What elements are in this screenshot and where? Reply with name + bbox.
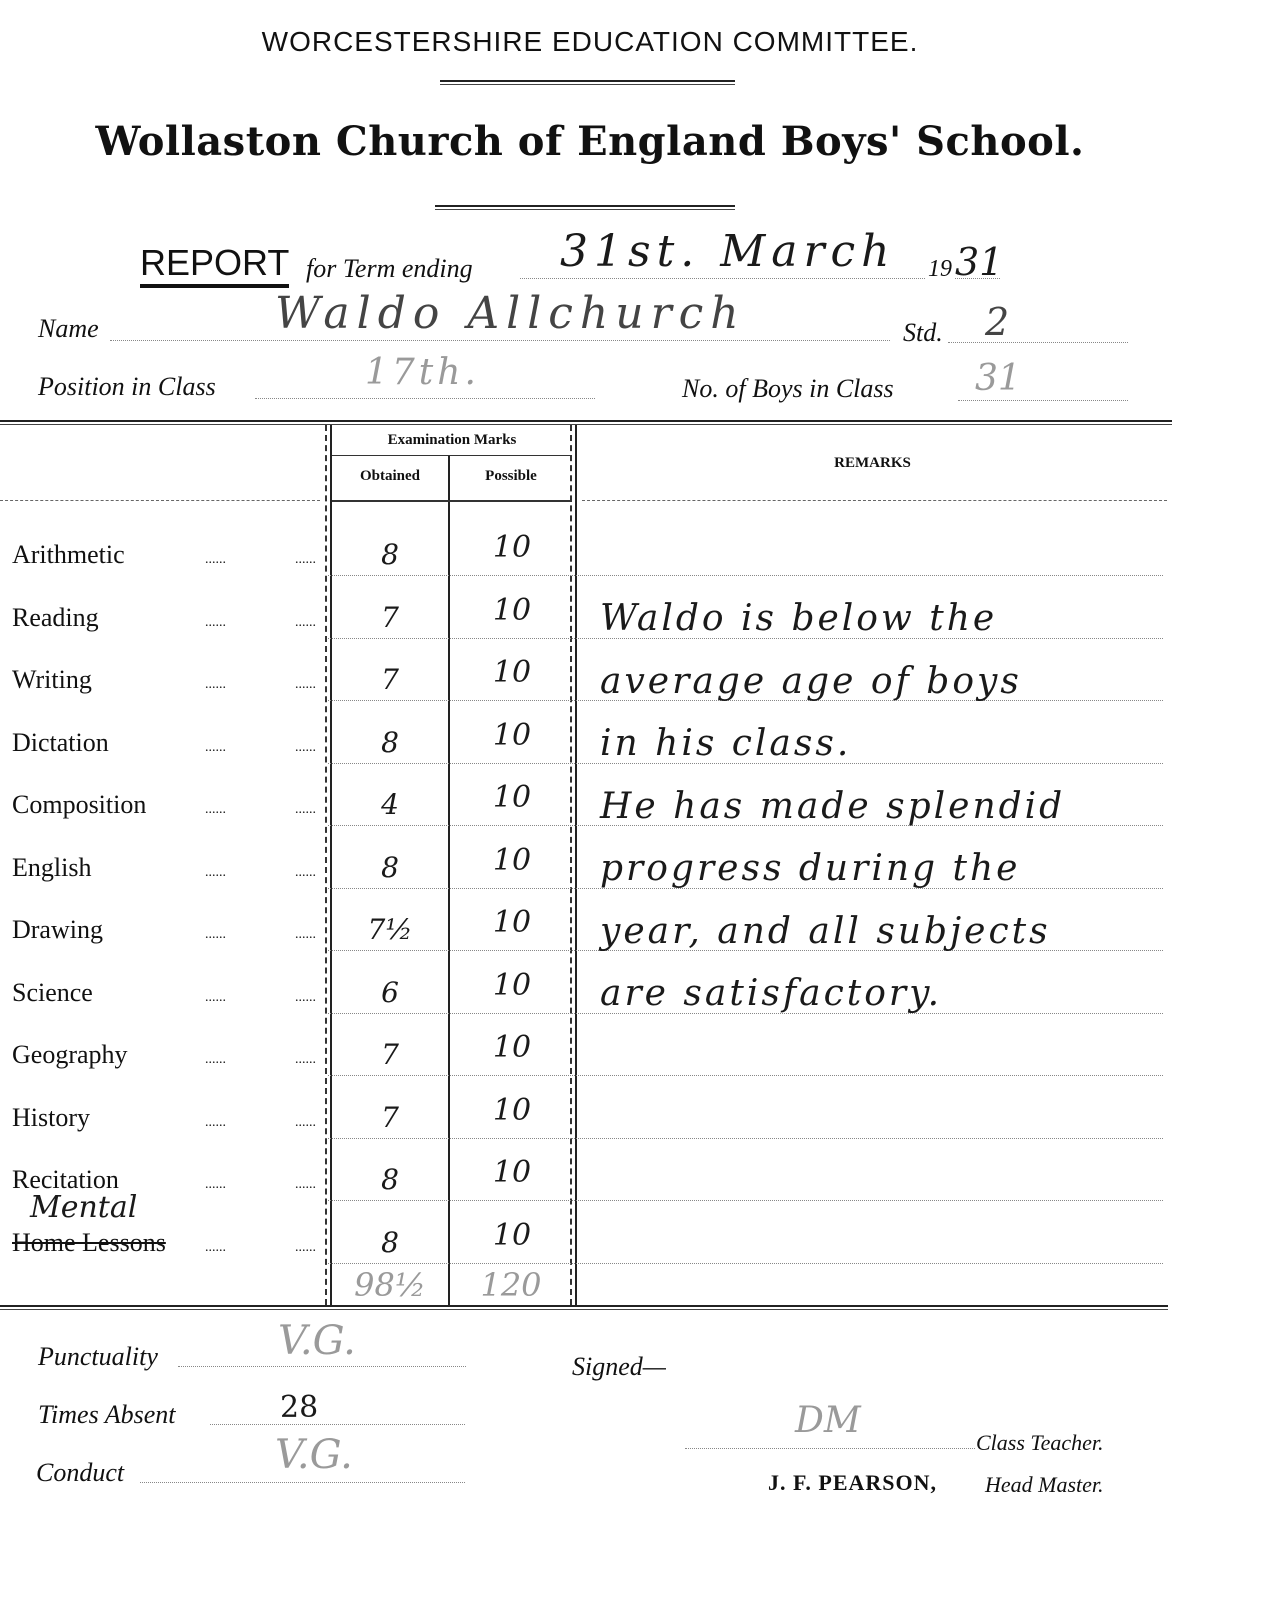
table-vline [575, 425, 577, 1305]
leader-dots: ...... [295, 802, 316, 818]
divider [440, 80, 735, 85]
total-possible: 120 [452, 1266, 570, 1304]
absent-label: Times Absent [38, 1400, 175, 1430]
leader-dots: ...... [205, 1115, 226, 1131]
remarks-header: REMARKS [580, 455, 1165, 472]
conduct-label: Conduct [36, 1458, 124, 1488]
leader-dots: ...... [205, 990, 226, 1006]
leader-dots: ...... [205, 615, 226, 631]
term-date: 31st. March [560, 226, 896, 277]
committee-heading: WORCESTERSHIRE EDUCATION COMMITTEE. [0, 26, 1180, 58]
remark-line: average age of boys [600, 661, 1022, 702]
subject-label: Arithmetic [12, 540, 125, 570]
table-top-rule [0, 420, 1172, 425]
name-label: Name [38, 314, 99, 344]
obtained-mark: 6 [330, 976, 450, 1009]
head-master-label: Head Master. [985, 1472, 1104, 1498]
remark-line: in his class. [600, 723, 851, 764]
leader-dots: ...... [205, 1240, 226, 1256]
subject-label: Drawing [12, 915, 103, 945]
boys-dotline [958, 400, 1128, 401]
subject-label: Reading [12, 603, 99, 633]
subject-label: Writing [12, 665, 92, 695]
leader-dots: ...... [205, 740, 226, 756]
row-rule [328, 575, 1163, 576]
leader-dots: ...... [295, 1052, 316, 1068]
possible-mark: 10 [452, 968, 572, 1003]
boys-label: No. of Boys in Class [682, 374, 894, 404]
obtained-mark: 8 [330, 1226, 450, 1259]
possible-mark: 10 [452, 718, 572, 753]
remark-line: Waldo is below the [600, 598, 997, 639]
header-rule [332, 455, 572, 456]
punctuality-label: Punctuality [38, 1342, 158, 1372]
possible-mark: 10 [452, 1030, 572, 1065]
divider [435, 205, 735, 210]
leader-dots: ...... [205, 802, 226, 818]
std-value: 2 [985, 300, 1009, 344]
obtained-mark: 7 [330, 1101, 450, 1134]
remark-line: year, and all subjects [600, 911, 1051, 952]
leader-dots: ...... [295, 990, 316, 1006]
teacher-signature: DM [795, 1400, 861, 1441]
teacher-dotline [685, 1448, 975, 1449]
possible-mark: 10 [452, 905, 572, 940]
subject-label: English [12, 853, 91, 883]
leader-dots: ...... [295, 927, 316, 943]
row-rule [328, 1263, 1163, 1264]
remark-line: are satisfactory. [600, 973, 942, 1014]
school-name: Wollaston Church of England Boys' School… [0, 118, 1180, 165]
total-obtained: 98½ [332, 1266, 448, 1304]
subject-label: Geography [12, 1040, 128, 1070]
obtained-mark: 8 [330, 538, 450, 571]
possible-mark: 10 [452, 655, 572, 690]
punctuality-dotline [178, 1366, 466, 1367]
subject-label: Science [12, 978, 93, 1008]
report-title: REPORT [140, 242, 289, 284]
leader-dots: ...... [295, 740, 316, 756]
header-rule [332, 500, 572, 502]
conduct-dotline [140, 1482, 465, 1483]
boys-value: 31 [975, 358, 1021, 399]
possible-mark: 10 [452, 530, 572, 565]
row-rule [328, 1075, 1163, 1076]
row-rule [328, 1200, 1163, 1201]
obtained-mark: 7 [330, 1038, 450, 1071]
subject-label: Home Lessons [12, 1228, 166, 1258]
subject-label: Dictation [12, 728, 109, 758]
leader-dots: ...... [295, 615, 316, 631]
absent-dotline [210, 1424, 465, 1425]
possible-mark: 10 [452, 843, 572, 878]
table-vline [325, 425, 327, 1305]
punctuality-value: V.G. [278, 1318, 356, 1364]
leader-dots: ...... [295, 865, 316, 881]
obtained-mark: 8 [330, 1163, 450, 1196]
student-name: Waldo Allchurch [275, 288, 746, 339]
leader-dots: ...... [295, 677, 316, 693]
possible-mark: 10 [452, 780, 572, 815]
leader-dots: ...... [205, 552, 226, 568]
header-rule [0, 500, 320, 501]
leader-dots: ...... [295, 1115, 316, 1131]
std-dotline [948, 342, 1128, 343]
obtained-mark: 7 [330, 601, 450, 634]
leader-dots: ...... [205, 1177, 226, 1193]
class-teacher-label: Class Teacher. [976, 1430, 1104, 1456]
remark-line: He has made splendid [600, 786, 1065, 827]
term-label: for Term ending [306, 254, 473, 284]
subject-label: Composition [12, 790, 146, 820]
conduct-value: V.G. [275, 1432, 353, 1478]
header-rule [582, 500, 1167, 501]
leader-dots: ...... [205, 1052, 226, 1068]
obtained-mark: 8 [330, 851, 450, 884]
leader-dots: ...... [205, 927, 226, 943]
obtained-mark: 4 [330, 788, 450, 821]
possible-header: Possible [452, 468, 570, 485]
possible-mark: 10 [452, 1093, 572, 1128]
leader-dots: ...... [295, 552, 316, 568]
name-dotline [110, 340, 890, 341]
position-dotline [255, 398, 595, 399]
term-dotline [520, 278, 925, 279]
table-bottom-rule [0, 1305, 1168, 1310]
exam-marks-header: Examination Marks [332, 432, 572, 449]
subject-label: History [12, 1103, 90, 1133]
row-rule [328, 1138, 1163, 1139]
position-value: 17th. [365, 352, 480, 393]
obtained-mark: 7 [330, 663, 450, 696]
report-word: REPORT [140, 242, 289, 288]
head-master-name: J. F. PEARSON, [768, 1470, 937, 1496]
year-prefix: 19 [928, 256, 952, 283]
leader-dots: ...... [205, 865, 226, 881]
obtained-header: Obtained [332, 468, 448, 485]
possible-mark: 10 [452, 593, 572, 628]
absent-value: 28 [280, 1390, 318, 1425]
position-label: Position in Class [38, 372, 216, 402]
leader-dots: ...... [205, 677, 226, 693]
leader-dots: ...... [295, 1240, 316, 1256]
possible-mark: 10 [452, 1218, 572, 1253]
year-dotline [955, 278, 1000, 279]
std-label: Std. [903, 318, 943, 348]
leader-dots: ...... [295, 1177, 316, 1193]
possible-mark: 10 [452, 1155, 572, 1190]
obtained-mark: 8 [330, 726, 450, 759]
signed-label: Signed— [572, 1352, 666, 1382]
remark-line: progress during the [600, 848, 1020, 889]
obtained-mark: 7½ [330, 913, 450, 946]
subject-correction: Mental [30, 1190, 137, 1225]
